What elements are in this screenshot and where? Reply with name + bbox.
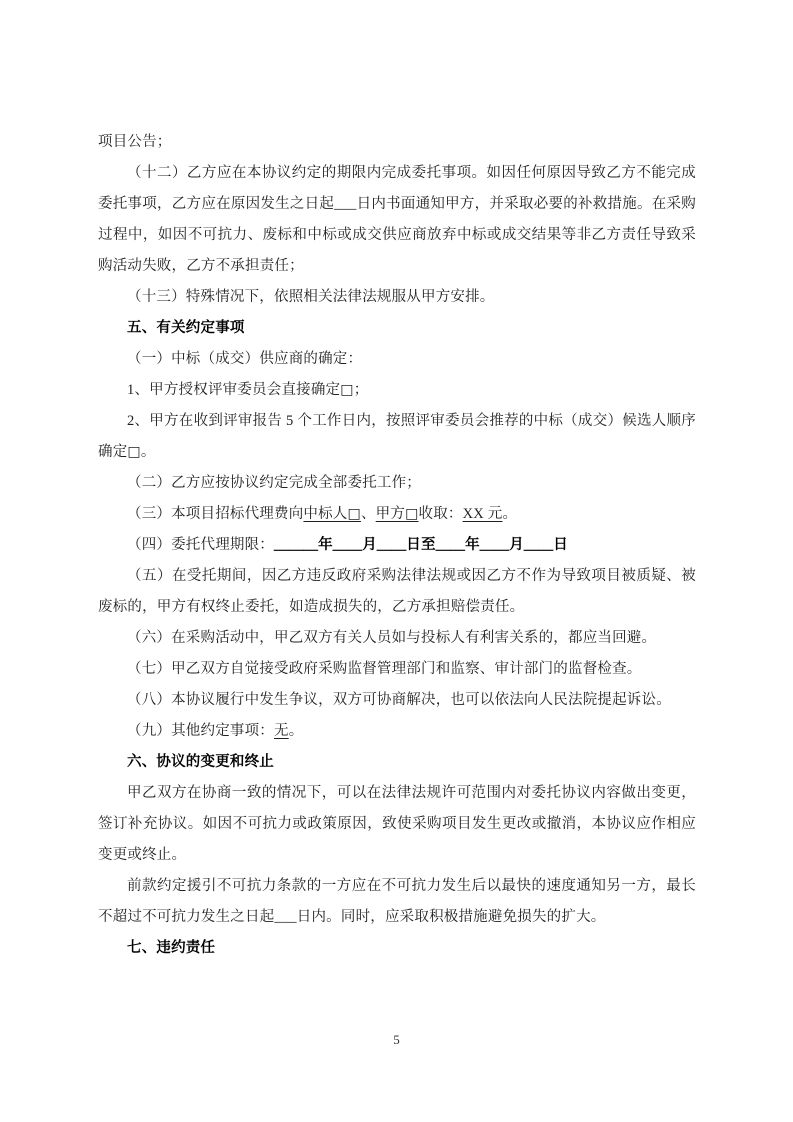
section-heading: 七、违约责任 [98, 933, 696, 964]
text-run: 六、协议的变更和终止 [127, 754, 274, 770]
text-run: 七、违约责任 [127, 940, 215, 956]
paragraph: 1、甲方授权评审委员会直接确定□； [98, 375, 696, 406]
document-body: 项目公告；（十二）乙方应在本协议约定的期限内完成委托事项。如因任何原因导致乙方不… [98, 127, 696, 964]
blank-underline: ___ [274, 909, 296, 925]
section-heading: 六、协议的变更和终止 [98, 747, 696, 778]
text-run: 2、甲方在收到评审报告 5 个工作日内，按照评审委员会推荐的中标（成交）候选人顺… [98, 413, 696, 460]
paragraph: （九）其他约定事项：无。 [98, 716, 696, 747]
checkbox-icon: □ [340, 382, 353, 398]
paragraph: （二）乙方应按协议约定完成全部委托工作； [98, 468, 696, 499]
text-run: ； [354, 382, 369, 398]
text-run: （十三）特殊情况下，依照相关法律法规服从甲方安排。 [127, 289, 495, 305]
paragraph: （七）甲乙双方自觉接受政府采购监督管理部门和监察、审计部门的监督检查。 [98, 654, 696, 685]
checkbox-icon: □ [127, 444, 140, 460]
text-run: 收取： [419, 506, 463, 522]
paragraph: 甲乙双方在协商一致的情况下，可以在法律法规许可范围内对委托协议内容做出变更，签订… [98, 778, 696, 871]
text-run: 。 [502, 506, 517, 522]
text-run: 项目公告； [98, 134, 172, 150]
page-footer: 5 [0, 1032, 793, 1048]
text-run: 、 [361, 506, 376, 522]
paragraph: （三）本项目招标代理费向中标人□、甲方□收取：XX 元。 [98, 499, 696, 530]
paragraph: （六）在采购活动中，甲乙双方有关人员如与投标人有利害关系的，都应当回避。 [98, 623, 696, 654]
text-run: （四）委托代理期限： [127, 537, 274, 553]
paragraph: （八）本协议履行中发生争议，双方可协商解决，也可以依法向人民法院提起诉讼。 [98, 685, 696, 716]
page-number: 5 [393, 1032, 400, 1047]
blank-underline: ___ [334, 196, 356, 212]
text-run: 。 [141, 444, 156, 460]
text-run: （六）在采购活动中，甲乙双方有关人员如与投标人有利害关系的，都应当回避。 [127, 630, 656, 646]
text-run: 甲乙双方在协商一致的情况下，可以在法律法规许可范围内对委托协议内容做出变更，签订… [98, 785, 696, 863]
text-run: 无 [274, 723, 289, 739]
text-run: 五、有关约定事项 [127, 320, 245, 336]
text-run: （二）乙方应按协议约定完成全部委托工作； [127, 475, 421, 491]
checkbox-icon: □ [405, 506, 418, 522]
section-heading: 五、有关约定事项 [98, 313, 696, 344]
text-run: （一）中标（成交）供应商的确定： [127, 351, 362, 367]
paragraph: 前款约定援引不可抗力条款的一方应在不可抗力发生后以最快的速度通知另一方，最长不超… [98, 871, 696, 933]
text-run: XX 元 [463, 506, 503, 522]
paragraph: 2、甲方在收到评审报告 5 个工作日内，按照评审委员会推荐的中标（成交）候选人顺… [98, 406, 696, 468]
checkbox-icon: □ [348, 506, 361, 522]
text-run: （七）甲乙双方自觉接受政府采购监督管理部门和监察、审计部门的监督检查。 [127, 661, 642, 677]
paragraph: （一）中标（成交）供应商的确定： [98, 344, 696, 375]
text-run: （五）在受托期间，因乙方违反政府采购法律法规或因乙方不作为导致项目被质疑、被废标… [98, 568, 696, 615]
text-run: 1、甲方授权评审委员会直接确定 [127, 382, 340, 398]
text-run: 中标人 [303, 506, 347, 522]
text-run: 。 [289, 723, 304, 739]
text-run: 甲方 [376, 506, 405, 522]
text-run: （三）本项目招标代理费向 [127, 506, 303, 522]
paragraph: 项目公告； [98, 127, 696, 158]
blank-underline: ＿＿＿年＿＿月＿＿日至＿＿年＿＿月＿＿日 [274, 537, 568, 553]
text-run: （九）其他约定事项： [127, 723, 274, 739]
document-page: 项目公告；（十二）乙方应在本协议约定的期限内完成委托事项。如因任何原因导致乙方不… [0, 0, 793, 1122]
paragraph: （四）委托代理期限：＿＿＿年＿＿月＿＿日至＿＿年＿＿月＿＿日 [98, 530, 696, 561]
paragraph: （五）在受托期间，因乙方违反政府采购法律法规或因乙方不作为导致项目被质疑、被废标… [98, 561, 696, 623]
text-run: （八）本协议履行中发生争议，双方可协商解决，也可以依法向人民法院提起诉讼。 [127, 692, 671, 708]
text-run: 日内。同时，应采取积极措施避免损失的扩大。 [297, 909, 606, 925]
paragraph: （十三）特殊情况下，依照相关法律法规服从甲方安排。 [98, 282, 696, 313]
paragraph: （十二）乙方应在本协议约定的期限内完成委托事项。如因任何原因导致乙方不能完成委托… [98, 158, 696, 282]
